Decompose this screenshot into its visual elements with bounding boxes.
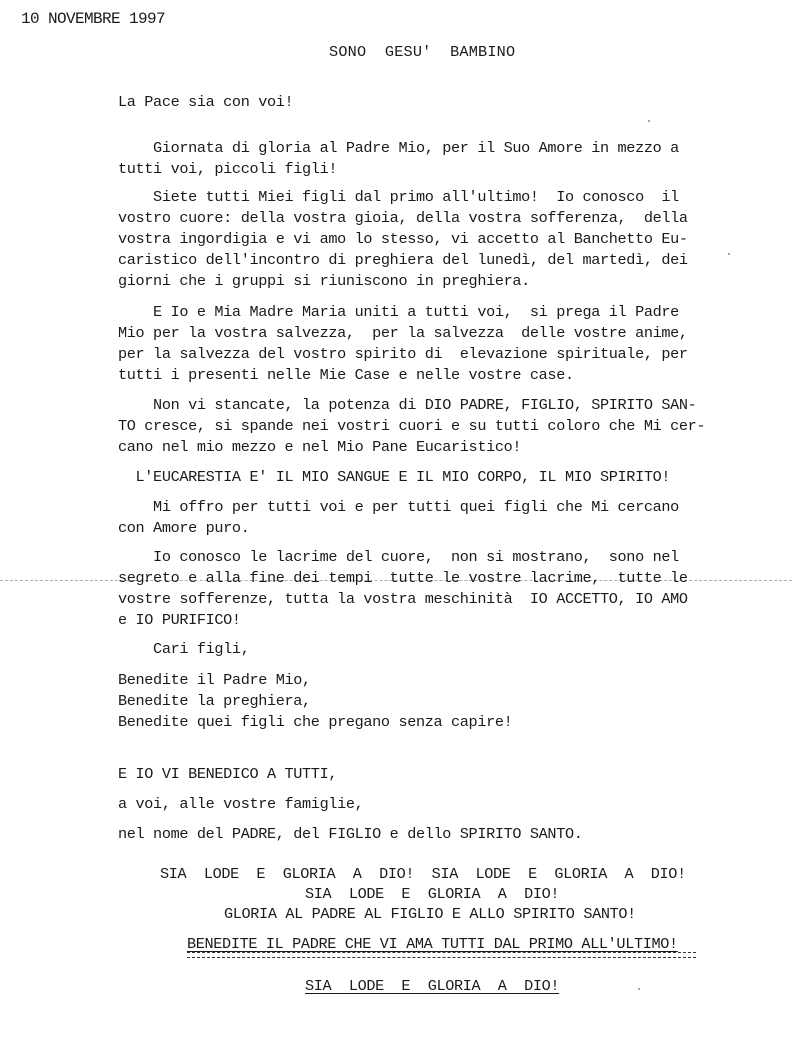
blessing-line: a voi, alle vostre famiglie, [118, 794, 363, 814]
paragraph-line: E Io e Mia Madre Maria uniti a tutti voi… [118, 302, 679, 322]
blessing-line: nel nome del PADRE, del FIGLIO e dello S… [118, 824, 583, 844]
closing-praise: SIA LODE E GLORIA A DIO! [305, 884, 559, 904]
closing-final: SIA LODE E GLORIA A DIO! [305, 976, 559, 996]
paragraph-line: tutti voi, piccoli figli! [118, 159, 337, 179]
document-title: SONO GESU' BAMBINO [329, 42, 515, 62]
paragraph-line: giorni che i gruppi si riuniscono in pre… [118, 271, 530, 291]
greeting: La Pace sia con voi! [118, 92, 293, 112]
paragraph-line: TO cresce, si spande nei vostri cuori e … [118, 416, 705, 436]
paragraph-line: e IO PURIFICO! [118, 610, 241, 630]
double-rule [187, 952, 696, 958]
paragraph-line: per la salvezza del vostro spirito di el… [118, 344, 688, 364]
paragraph-line: cano nel mio mezzo e nel Mio Pane Eucari… [118, 437, 521, 457]
scan-speck [728, 253, 730, 255]
eucharist-statement: L'EUCARESTIA E' IL MIO SANGUE E IL MIO C… [118, 467, 670, 487]
document-date: 10 NOVEMBRE 1997 [21, 9, 165, 29]
paragraph-line: Non vi stancate, la potenza di DIO PADRE… [118, 395, 696, 415]
paragraph-line: segreto e alla fine dei tempi tutte le v… [118, 568, 688, 588]
closing-benedite: BENEDITE IL PADRE CHE VI AMA TUTTI DAL P… [187, 934, 678, 954]
typewritten-page: 10 NOVEMBRE 1997 SONO GESU' BAMBINO La P… [0, 0, 792, 1044]
closing-gloria: GLORIA AL PADRE AL FIGLIO E ALLO SPIRITO… [224, 904, 636, 924]
closing-praise: SIA LODE E GLORIA A DIO! SIA LODE E GLOR… [160, 864, 686, 884]
paragraph-line: vostro cuore: della vostra gioia, della … [118, 208, 688, 228]
scan-speck [648, 120, 650, 122]
paragraph-line: caristico dell'incontro di preghiera del… [118, 250, 688, 270]
paragraph-line: vostre sofferenze, tutta la vostra mesch… [118, 589, 688, 609]
paragraph-line: con Amore puro. [118, 518, 249, 538]
scan-speck [638, 988, 640, 990]
blessing-line: E IO VI BENEDICO A TUTTI, [118, 764, 337, 784]
blessing-line: Benedite la preghiera, [118, 691, 311, 711]
paragraph-line: Giornata di gloria al Padre Mio, per il … [118, 138, 679, 158]
blessing-line: Benedite quei figli che pregano senza ca… [118, 712, 512, 732]
blessing-line: Benedite il Padre Mio, [118, 670, 311, 690]
paragraph-line: Mio per la vostra salvezza, per la salve… [118, 323, 688, 343]
paragraph-line: Siete tutti Miei figli dal primo all'ult… [118, 187, 679, 207]
paragraph-line: Io conosco le lacrime del cuore, non si … [118, 547, 679, 567]
paragraph-line: Mi offro per tutti voi e per tutti quei … [118, 497, 679, 517]
salutation: Cari figli, [118, 639, 249, 659]
paragraph-line: tutti i presenti nelle Mie Case e nelle … [118, 365, 574, 385]
paragraph-line: vostra ingordigia e vi amo lo stesso, vi… [118, 229, 688, 249]
